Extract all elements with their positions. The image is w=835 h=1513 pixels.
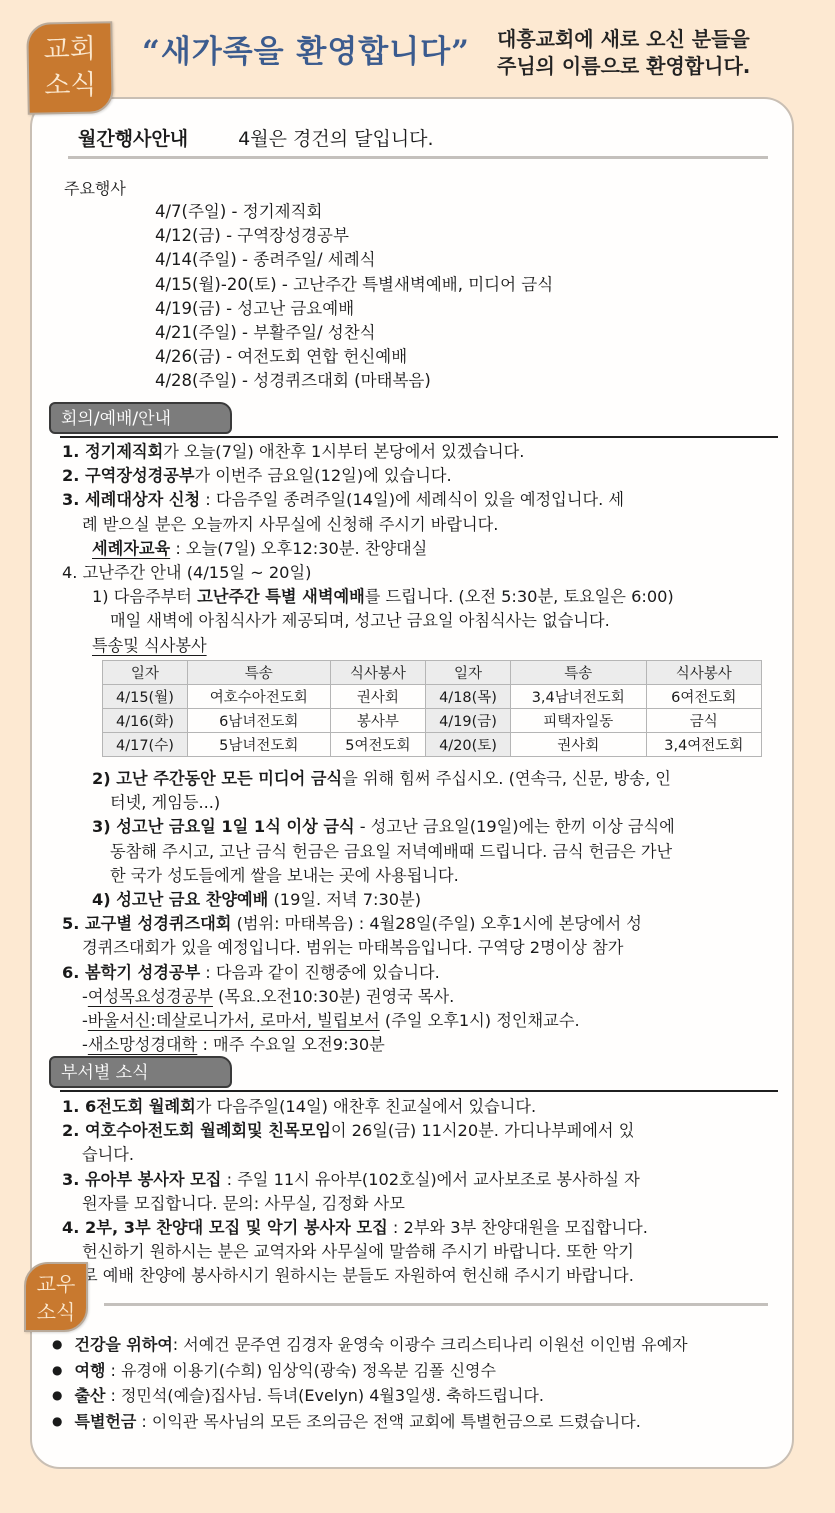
table-row: 4/15(월) 여호수아전도회 권사회 4/18(목) 3,4남녀전도회 6여전…: [103, 685, 762, 709]
section1-body: 1. 정기제직회가 오늘(7일) 애찬후 1시부터 본당에서 있겠습니다. 2.…: [62, 440, 782, 658]
table-cell: 4/19(금): [426, 709, 511, 733]
notice-text: 가 다음주일(14일) 애찬후 친교실에서 있습니다.: [196, 1097, 536, 1116]
notice-item: 1. 정기제직회가 오늘(7일) 애찬후 1시부터 본당에서 있겠습니다.: [62, 440, 782, 464]
notice-text: 1) 다음주부터: [92, 587, 197, 606]
study-label: 여성목요성경공부: [88, 987, 213, 1006]
table-cell: 4/16(화): [103, 709, 188, 733]
schedule-table-title: 특송및 식사봉사: [92, 636, 207, 655]
monthly-title: 월간행사안내: [78, 128, 188, 150]
table-row: 4/16(화) 6남녀전도회 봉사부 4/19(금) 피택자일동 금식: [103, 709, 762, 733]
table-cell: 3,4여전도회: [646, 733, 761, 757]
item-text: : 서예건 문주연 김경자 윤영숙 이광수 크리스티나리 이원선 이인범 유예자: [173, 1335, 688, 1354]
notice-label: 2. 여호수아전도회 월례회및 친목모임: [62, 1121, 331, 1140]
item-label: 여행: [74, 1361, 105, 1380]
notice-text: (목요.오전10:30분) 권영국 목사.: [213, 987, 454, 1006]
event-item: 4/12(금) - 구역장성경공부: [155, 224, 553, 248]
event-item: 4/14(주일) - 종려주일/ 세례식: [155, 248, 553, 272]
event-item: 4/28(주일) - 성경퀴즈대회 (마태복음): [155, 369, 553, 393]
list-item: 특별헌금 : 이익관 목사님의 모든 조의금은 전액 교회에 특별헌금으로 드렸…: [52, 1409, 688, 1435]
notice-text: 헌신하기 원하시는 분은 교역자와 사무실에 말씀해 주시기 바랍니다. 또한 …: [62, 1240, 782, 1264]
notice-text: 한 국가 성도들에게 쌀을 보내는 곳에 사용됩니다.: [62, 864, 782, 888]
table-cell: 3,4남녀전도회: [510, 685, 646, 709]
divider: [60, 436, 778, 438]
table-cell: 6여전도회: [646, 685, 761, 709]
table-header: 일자: [426, 661, 511, 685]
notice-text: (범위: 마태복음) : 4월28일(주일) 오후1시에 본당에서 성: [231, 914, 642, 933]
notice-text: : 주일 11시 유아부(102호실)에서 교사보조로 봉사하실 자: [221, 1170, 639, 1189]
notice-label: 3) 성고난 금요일 1일 1식 이상 금식: [92, 817, 355, 836]
table-cell: 금식: [646, 709, 761, 733]
table-header-row: 일자 특송 식사봉사 일자 특송 식사봉사: [103, 661, 762, 685]
tag-line-2: 소식: [29, 67, 112, 104]
table-cell: 6남녀전도회: [187, 709, 330, 733]
tag-line-1: 교회: [28, 31, 111, 68]
schedule-table: 일자 특송 식사봉사 일자 특송 식사봉사 4/15(월) 여호수아전도회 권사…: [102, 660, 762, 757]
notice-text: 로 예배 찬양에 봉사하시기 원하시는 분들도 자원하여 헌신해 주시기 바랍니…: [62, 1264, 782, 1288]
notice-text: 를 드립니다. (오전 5:30분, 토요일은 6:00): [365, 587, 674, 606]
list-item: 출산 : 정민석(예슬)집사님. 득녀(Evelyn) 4월3일생. 축하드립니…: [52, 1383, 688, 1409]
notice-text: : 다음과 같이 진행중에 있습니다.: [200, 963, 440, 982]
notice-text: 동참해 주시고, 고난 금식 헌금은 금요일 저녁예배때 드립니다. 금식 헌금…: [62, 840, 782, 864]
events-title: 주요행사: [64, 176, 126, 199]
table-header: 특송: [510, 661, 646, 685]
table-cell: 봉사부: [330, 709, 425, 733]
monthly-events-heading: 월간행사안내 4월은 경건의 달입니다.: [78, 124, 434, 151]
table-cell: 5남녀전도회: [187, 733, 330, 757]
divider: [104, 1303, 768, 1306]
table-cell: 4/15(월): [103, 685, 188, 709]
table-header: 식사봉사: [646, 661, 761, 685]
notice-label: 3. 세례대상자 신청: [62, 490, 200, 509]
event-item: 4/26(금) - 여전도회 연합 헌신예배: [155, 345, 553, 369]
events-list: 4/7(주일) - 정기제직회 4/12(금) - 구역장성경공부 4/14(주…: [155, 200, 553, 394]
table-cell: 권사회: [330, 685, 425, 709]
item-text: : 이익관 목사님의 모든 조의금은 전액 교회에 특별헌금으로 드렸습니다.: [136, 1412, 640, 1431]
list-item: 건강을 위하여: 서예건 문주연 김경자 윤영숙 이광수 크리스티나리 이원선 …: [52, 1332, 688, 1358]
event-item: 4/19(금) - 성고난 금요예배: [155, 297, 553, 321]
event-item: 4/15(월)-20(토) - 고난주간 특별새벽예배, 미디어 금식: [155, 273, 553, 297]
monthly-subtitle: 4월은 경건의 달입니다.: [238, 128, 433, 150]
item-label: 건강을 위하여: [74, 1335, 172, 1354]
notice-text: 가 이번주 금요일(12일)에 있습니다.: [195, 466, 452, 485]
notice-item: 3. 세례대상자 신청 : 다음주일 종려주일(14일)에 세례식이 있을 예정…: [62, 488, 782, 512]
tag-line-2: 소식: [26, 1298, 86, 1326]
list-item: 여행 : 유경애 이용기(수희) 임상익(광숙) 정옥분 김폴 신영수: [52, 1358, 688, 1384]
table-header: 일자: [103, 661, 188, 685]
table-header: 식사봉사: [330, 661, 425, 685]
notice-label: 2) 고난 주간동안 모든 미디어 금식: [92, 769, 342, 788]
item-text: : 유경애 이용기(수희) 임상익(광숙) 정옥분 김폴 신영수: [105, 1361, 496, 1380]
divider: [60, 1090, 778, 1092]
section1-body-cont: 2) 고난 주간동안 모든 미디어 금식을 위해 힘써 주십시오. (연속극, …: [62, 767, 782, 1057]
table-cell: 피택자일동: [510, 709, 646, 733]
notice-label: 4. 2부, 3부 찬양대 모집 및 악기 봉사자 모집: [62, 1218, 388, 1237]
table-cell: 5여전도회: [330, 733, 425, 757]
table-cell: 여호수아전도회: [187, 685, 330, 709]
notice-label: 1. 6전도회 월례회: [62, 1097, 196, 1116]
headline: “새가족을 환영합니다”: [142, 26, 470, 71]
table-cell: 4/20(토): [426, 733, 511, 757]
table-row: 4/17(수) 5남녀전도회 5여전도회 4/20(토) 권사회 3,4여전도회: [103, 733, 762, 757]
section-header-meetings: 회의/예배/안내: [49, 402, 232, 434]
welcome-line-2: 주님의 이름으로 환영합니다.: [497, 53, 750, 80]
table-header: 특송: [187, 661, 330, 685]
notice-label: 3. 유아부 봉사자 모집: [62, 1170, 221, 1189]
notice-label: 4) 성고난 금요 찬양예배: [92, 890, 268, 909]
notice-item: 2. 구역장성경공부가 이번주 금요일(12일)에 있습니다.: [62, 464, 782, 488]
notice-text: : 매주 수요일 오전9:30분: [197, 1035, 384, 1054]
study-label: 바울서신:데살로니가서, 로마서, 빌립보서: [88, 1011, 380, 1030]
table-cell: 4/17(수): [103, 733, 188, 757]
baptism-edu-label: 세례자교육: [92, 539, 170, 558]
notice-text: 가 오늘(7일) 애찬후 1시부터 본당에서 있겠습니다.: [163, 442, 524, 461]
item-label: 특별헌금: [74, 1412, 136, 1431]
notice-text: 경퀴즈대회가 있을 예정입니다. 범위는 마태복음입니다. 구역당 2명이상 참…: [62, 936, 782, 960]
notice-text: 이 26일(금) 11시20분. 가디나부페에서 있: [331, 1121, 634, 1140]
notice-label: 1. 정기제직회: [62, 442, 163, 461]
notice-text: : 다음주일 종려주일(14일)에 세례식이 있을 예정입니다. 세: [200, 490, 624, 509]
divider: [68, 156, 768, 159]
notice-label: 고난주간 특별 새벽예배: [197, 587, 365, 606]
notice-label: 6. 봄학기 성경공부: [62, 963, 200, 982]
tag-line-1: 교우: [26, 1270, 86, 1298]
notice-text: 례 받으실 분은 오늘까지 사무실에 신청해 주시기 바랍니다.: [62, 513, 782, 537]
notice-text: 터넷, 게임등...): [62, 791, 782, 815]
church-news-tag: 교회 소식: [26, 21, 114, 114]
table-cell: 4/18(목): [426, 685, 511, 709]
section-header-departments: 부서별 소식: [49, 1056, 232, 1088]
notice-text: 습니다.: [62, 1143, 782, 1167]
notice-text: 을 위해 힘써 주십시오. (연속극, 신문, 방송, 인: [342, 769, 671, 788]
item-label: 출산: [74, 1386, 105, 1405]
notice-text: - 성고난 금요일(19일)에는 한끼 이상 금식에: [355, 817, 675, 836]
study-label: 새소망성경대학: [88, 1035, 197, 1054]
notice-text: (주일 오후1시) 정인채교수.: [380, 1011, 580, 1030]
section2-body: 1. 6전도회 월례회가 다음주일(14일) 애찬후 친교실에서 있습니다. 2…: [62, 1095, 782, 1289]
notice-item: 4. 고난주간 안내 (4/15일 ~ 20일): [62, 561, 782, 585]
notice-label: 2. 구역장성경공부: [62, 466, 195, 485]
notice-text: 매일 새벽에 아침식사가 제공되며, 성고난 금요일 아침식사는 없습니다.: [62, 609, 782, 633]
table-cell: 권사회: [510, 733, 646, 757]
event-item: 4/7(주일) - 정기제직회: [155, 200, 553, 224]
notice-text: : 2부와 3부 찬양대원을 모집합니다.: [388, 1218, 648, 1237]
notice-text: 원자를 모집합니다. 문의: 사무실, 김정화 사모: [62, 1192, 782, 1216]
event-item: 4/21(주일) - 부활주일/ 성찬식: [155, 321, 553, 345]
notice-text: : 오늘(7일) 오후12:30분. 찬양대실: [170, 539, 427, 558]
welcome-message: 대흥교회에 새로 오신 분들을 주님의 이름으로 환영합니다.: [497, 26, 750, 80]
item-text: : 정민석(예슬)집사님. 득녀(Evelyn) 4월3일생. 축하드립니다.: [105, 1386, 544, 1405]
welcome-line-1: 대흥교회에 새로 오신 분들을: [497, 26, 750, 53]
member-news-list: 건강을 위하여: 서예건 문주연 김경자 윤영숙 이광수 크리스티나리 이원선 …: [52, 1332, 688, 1434]
member-news-tag: 교우 소식: [24, 1262, 88, 1332]
notice-text: (19일. 저녁 7:30분): [268, 890, 421, 909]
notice-label: 5. 교구별 성경퀴즈대회: [62, 914, 231, 933]
